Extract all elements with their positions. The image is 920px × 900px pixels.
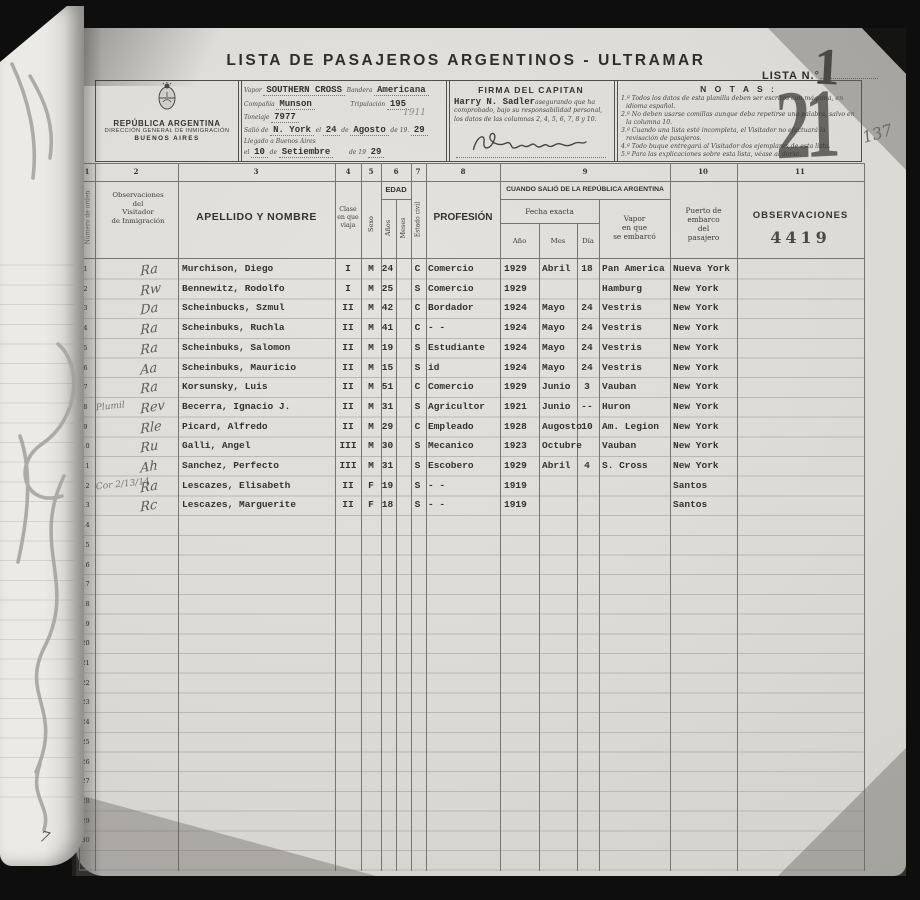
- cell-years: 31: [379, 398, 396, 419]
- cell-cls: II: [335, 496, 361, 517]
- table-line: [396, 199, 397, 258]
- cell-civil: S: [409, 477, 426, 498]
- header-col6a: Años: [384, 208, 392, 248]
- table-line: [539, 223, 540, 258]
- llegado-de: de: [270, 149, 277, 156]
- cell-day: 18: [575, 260, 599, 281]
- cell-prof: - -: [428, 496, 500, 517]
- cell-ship: Vauban: [602, 378, 668, 399]
- cell-name: Scheinbuks, Ruchla: [182, 319, 334, 340]
- cell-prof: - -: [428, 319, 500, 340]
- argentina-coat-of-arms-icon: [155, 82, 179, 112]
- compania-label: Compañía: [244, 101, 275, 108]
- cell-month: Mayo: [542, 319, 578, 340]
- table-line: [381, 163, 382, 258]
- cell-name: Lescazes, Marguerite: [182, 496, 334, 517]
- cell-years: 19: [379, 477, 396, 498]
- cell-port: Nueva York: [673, 260, 737, 281]
- agency-block: REPÚBLICA ARGENTINA DIRECCIÓN GENERAL DE…: [96, 81, 238, 161]
- cell-sex: M: [361, 339, 381, 360]
- header-col6b: Meses: [399, 208, 407, 248]
- cell-years: 18: [379, 496, 396, 517]
- header-mes: Mes: [539, 237, 577, 246]
- cell-prof: Agricultor: [428, 398, 500, 419]
- h-viaja: viaja: [340, 222, 355, 229]
- cell-years: 42: [379, 299, 396, 320]
- cell-year: 1921: [504, 398, 538, 419]
- cell-day: --: [575, 398, 599, 419]
- cell-prof: Comercio: [428, 260, 500, 281]
- captain-title: FIRMA DEL CAPITAN: [448, 85, 614, 95]
- table-line: [411, 163, 412, 258]
- paper: LISTA DE PASAJEROS ARGENTINOS - ULTRAMAR…: [76, 28, 906, 876]
- header-col5: Sexo: [367, 204, 375, 244]
- cell-month: Mayo: [542, 299, 578, 320]
- cell-ship: Huron: [602, 398, 668, 419]
- table-line: [95, 259, 96, 871]
- header-col11: OBSERVACIONES: [737, 210, 864, 221]
- agency-department: DIRECCIÓN GENERAL DE INMIGRACIÓN: [96, 128, 238, 134]
- column-number: 7: [403, 167, 433, 176]
- cell-years: 41: [379, 319, 396, 340]
- cell-sex: F: [361, 477, 381, 498]
- cell-years: 19: [379, 339, 396, 360]
- table-line: [95, 163, 96, 258]
- cell-year: 1919: [504, 477, 538, 498]
- captain-statement: Harry N. Sadlerasegurando que ha comprob…: [448, 95, 614, 124]
- cell-name: Scheinbuks, Mauricio: [182, 359, 334, 380]
- cell-year: 1929: [504, 260, 538, 281]
- cell-port: New York: [673, 418, 737, 439]
- table-line: [361, 163, 362, 258]
- cell-cls: III: [335, 437, 361, 458]
- salio-month: Agosto: [350, 125, 388, 136]
- book-page-edge: 7: [0, 6, 84, 866]
- header-col8: PROFESIÓN: [426, 212, 500, 223]
- table-line: [426, 163, 427, 258]
- cell-civil: S: [409, 359, 426, 380]
- h-del: del: [133, 200, 144, 208]
- table-line: [599, 259, 600, 871]
- header-col1: Número de orden: [85, 190, 92, 246]
- cell-sex: M: [361, 378, 381, 399]
- cell-month: Junio: [542, 398, 578, 419]
- cell-year: 1924: [504, 359, 538, 380]
- cell-year: 1929: [504, 280, 538, 301]
- cell-name: Galli, Angel: [182, 437, 334, 458]
- header-vapor: Vapor en que se embarcó: [599, 214, 670, 241]
- header-col10: Puerto de embarco del pasajero: [670, 206, 737, 242]
- tonelaje-value: 7977: [271, 112, 299, 123]
- cell-cls: II: [335, 477, 361, 498]
- cell-prof: Escobero: [428, 457, 500, 478]
- table-line: [79, 258, 864, 259]
- stamped-number: 21: [774, 75, 835, 176]
- cell-month: Octubre: [542, 437, 578, 458]
- cell-day: 4: [575, 457, 599, 478]
- cell-prof: Comercio: [428, 280, 500, 301]
- h-inmigracion: de Inmigración: [111, 217, 164, 225]
- cell-year: 1929: [504, 378, 538, 399]
- cell-port: New York: [673, 339, 737, 360]
- cell-day: 24: [575, 319, 599, 340]
- cell-note: Cor 2/13/14: [95, 474, 143, 499]
- cell-year: 1919: [504, 496, 538, 517]
- cell-cls: II: [335, 359, 361, 380]
- tonelaje-label: Tonelaje: [244, 114, 269, 121]
- salio-year: 29: [411, 125, 428, 136]
- cell-prof: Comercio: [428, 378, 500, 399]
- cell-cls: II: [335, 319, 361, 340]
- table-line: [381, 199, 411, 200]
- cell-prof: Estudiante: [428, 339, 500, 360]
- column-number: 9: [570, 167, 600, 176]
- cell-years: 51: [379, 378, 396, 399]
- cell-year: 1924: [504, 339, 538, 360]
- vapor-value: SOUTHERN CROSS: [263, 85, 345, 96]
- cell-cls: II: [335, 299, 361, 320]
- header-col9: CUANDO SALIÓ DE LA REPÚBLICA ARGENTINA: [500, 186, 670, 193]
- cell-name: Scheinbuks, Salomon: [182, 339, 334, 360]
- cell-civil: S: [409, 280, 426, 301]
- cell-ship: Am. Legion: [602, 418, 668, 439]
- header-boxes: REPÚBLICA ARGENTINA DIRECCIÓN GENERAL DE…: [95, 80, 862, 162]
- cell-sex: M: [361, 398, 381, 419]
- header-col7: Estado civil: [415, 193, 422, 247]
- salio-de19: de 19.: [390, 127, 409, 134]
- agency-country: REPÚBLICA ARGENTINA: [96, 119, 238, 128]
- llegado-month: Setiembre: [279, 147, 334, 158]
- header-col6: EDAD: [381, 185, 411, 194]
- column-number: 2: [121, 167, 151, 176]
- header-ano: Año: [500, 237, 539, 246]
- cell-civil: S: [409, 437, 426, 458]
- cell-sex: M: [361, 299, 381, 320]
- table-line: [670, 259, 671, 871]
- cell-civil: C: [409, 378, 426, 399]
- table-line: [396, 259, 397, 871]
- cell-ship: Vauban: [602, 437, 668, 458]
- h-puerto2: embarco: [687, 215, 719, 224]
- captain-name: Harry N. Sadler: [454, 97, 535, 107]
- cell-port: New York: [673, 398, 737, 419]
- table-line: [599, 199, 600, 258]
- h-vapor3: se embarcó: [613, 232, 656, 241]
- cell-cls: II: [335, 339, 361, 360]
- cell-sex: M: [361, 457, 381, 478]
- cell-day: 24: [575, 339, 599, 360]
- cell-prof: Mecanico: [428, 437, 500, 458]
- llegado-day: 10: [251, 147, 268, 158]
- handwritten-margin-number: 137: [860, 120, 895, 147]
- salio-port: N. York: [270, 125, 314, 136]
- cell-name: Murchison, Diego: [182, 260, 334, 281]
- cell-year: 1928: [504, 418, 538, 439]
- table-line: [737, 163, 738, 258]
- llegado-el: el: [244, 149, 249, 156]
- cell-civil: S: [409, 339, 426, 360]
- header-col3: APELLIDO Y NOMBRE: [180, 211, 333, 223]
- h-vapor2: en que: [622, 223, 647, 232]
- cell-cls: II: [335, 418, 361, 439]
- captain-block: FIRMA DEL CAPITAN Harry N. Sadlerasegura…: [448, 81, 614, 161]
- h-obs: Observaciones: [112, 191, 163, 199]
- cell-month: Augosto: [542, 418, 578, 439]
- cell-port: New York: [673, 280, 737, 301]
- bandera-value: Americana: [374, 85, 429, 96]
- tripulacion-label: Tripulación: [350, 101, 385, 108]
- cell-civil: C: [409, 299, 426, 320]
- table-line: [500, 199, 670, 200]
- cell-prof: id: [428, 359, 500, 380]
- cell-civil: C: [409, 319, 426, 340]
- table-line: [79, 163, 864, 164]
- llegado-label: Llegado a Buenos Aires: [244, 138, 316, 145]
- cell-day: 10: [575, 418, 599, 439]
- cell-years: 30: [379, 437, 396, 458]
- table-line: [335, 163, 336, 258]
- cell-sex: M: [361, 418, 381, 439]
- cell-day: 24: [575, 299, 599, 320]
- header-col2: Observaciones del Visitador de Inmigraci…: [98, 191, 178, 226]
- table-line: [500, 223, 599, 224]
- column-number: 10: [688, 167, 718, 176]
- cell-day: 24: [575, 359, 599, 380]
- cell-cls: I: [335, 260, 361, 281]
- table-line: [79, 181, 864, 182]
- cell-year: 1924: [504, 299, 538, 320]
- page-title: LISTA DE PASAJEROS ARGENTINOS - ULTRAMAR: [166, 52, 766, 70]
- cell-ship: Vestris: [602, 339, 668, 360]
- cell-ship: Hamburg: [602, 280, 668, 301]
- observaciones-stamp: 4419: [737, 228, 864, 247]
- cell-civil: S: [409, 457, 426, 478]
- cell-civil: S: [409, 496, 426, 517]
- signature-line: [456, 157, 606, 158]
- table-line: [864, 163, 865, 871]
- bandera-label: Bandera: [347, 87, 373, 94]
- cell-prof: - -: [428, 477, 500, 498]
- cell-year: 1923: [504, 437, 538, 458]
- cell-years: 25: [379, 280, 396, 301]
- cell-cls: III: [335, 457, 361, 478]
- h-puerto3: del: [698, 224, 709, 233]
- cell-sex: F: [361, 496, 381, 517]
- table-line: [500, 163, 501, 258]
- scanned-passenger-list-page: 7 LISTA DE PASAJEROS ARGENTINOS - ULTRAM…: [0, 0, 920, 900]
- h-puerto1: Puerto de: [685, 206, 721, 215]
- cell-name: Becerra, Ignacio J.: [182, 398, 334, 419]
- cell-ship: Vestris: [602, 299, 668, 320]
- header-fecha-exacta: Fecha exacta: [500, 207, 599, 216]
- header-col4: Clase en que viaja: [335, 206, 361, 230]
- cell-sex: M: [361, 437, 381, 458]
- cell-month: Mayo: [542, 359, 578, 380]
- salio-day: 24: [323, 125, 340, 136]
- cell-years: 15: [379, 359, 396, 380]
- compania-value: Munson: [276, 99, 314, 110]
- llegado-de19: de 19: [349, 149, 366, 156]
- cell-cls: II: [335, 378, 361, 399]
- vapor-label: Vapor: [244, 87, 262, 94]
- captain-signature: [454, 127, 604, 157]
- cell-port: New York: [673, 457, 737, 478]
- table-line: [426, 259, 427, 871]
- column-number: 8: [448, 167, 478, 176]
- cell-ship: Vestris: [602, 359, 668, 380]
- column-number: 3: [241, 167, 271, 176]
- table-line: [577, 223, 578, 258]
- llegado-year: 29: [368, 147, 385, 158]
- cell-civil: C: [409, 418, 426, 439]
- cell-sex: M: [361, 319, 381, 340]
- cell-sex: M: [361, 359, 381, 380]
- cell-name: Scheinbucks, Szmul: [182, 299, 334, 320]
- cell-years: 31: [379, 457, 396, 478]
- h-vapor1: Vapor: [624, 214, 646, 223]
- cell-ship: S. Cross: [602, 457, 668, 478]
- cell-port: New York: [673, 437, 737, 458]
- salio-el: el: [316, 127, 321, 134]
- marginal-handwriting: [0, 6, 84, 866]
- cell-day: 3: [575, 378, 599, 399]
- cell-name: Sanchez, Perfecto: [182, 457, 334, 478]
- cell-port: New York: [673, 299, 737, 320]
- cell-sex: M: [361, 280, 381, 301]
- h-enque: en que: [337, 214, 359, 221]
- cell-cls: II: [335, 398, 361, 419]
- cell-month: Mayo: [542, 339, 578, 360]
- cell-prof: Empleado: [428, 418, 500, 439]
- cell-year: 1924: [504, 319, 538, 340]
- cell-port: New York: [673, 319, 737, 340]
- h-puerto4: pasajero: [688, 233, 720, 242]
- cell-name: Bennewitz, Rodolfo: [182, 280, 334, 301]
- cell-name: Korsunsky, Luis: [182, 378, 334, 399]
- cell-month: Abril: [542, 260, 578, 281]
- cell-civil: S: [409, 398, 426, 419]
- header-dia: Día: [577, 237, 599, 246]
- agency-city: BUENOS AIRES: [96, 135, 238, 142]
- ship-info-block: Vapor SOUTHERN CROSS Bandera Americana C…: [240, 81, 444, 161]
- cell-month: Junio: [542, 378, 578, 399]
- salio-label: Salió de: [244, 127, 268, 134]
- cell-name: Picard, Alfredo: [182, 418, 334, 439]
- salio-de: de: [341, 127, 348, 134]
- cell-month: Abril: [542, 457, 578, 478]
- cell-ship: Vestris: [602, 319, 668, 340]
- table-line: [178, 163, 179, 258]
- cell-port: Santos: [673, 496, 737, 517]
- cell-years: 24: [379, 260, 396, 281]
- cell-sex: M: [361, 260, 381, 281]
- cell-port: New York: [673, 359, 737, 380]
- cell-ship: Pan America: [602, 260, 668, 281]
- h-visitador: Visitador: [122, 208, 154, 216]
- cell-civil: C: [409, 260, 426, 281]
- table-line: [500, 259, 501, 871]
- table-line: [737, 259, 738, 871]
- table-line: [670, 163, 671, 258]
- cell-prof: Bordador: [428, 299, 500, 320]
- h-clase: Clase: [339, 206, 357, 213]
- cell-year: 1929: [504, 457, 538, 478]
- cell-cls: I: [335, 280, 361, 301]
- cell-port: New York: [673, 378, 737, 399]
- cell-name: Lescazes, Elisabeth: [182, 477, 334, 498]
- cell-port: Santos: [673, 477, 737, 498]
- table-line: [539, 259, 540, 871]
- cell-years: 29: [379, 418, 396, 439]
